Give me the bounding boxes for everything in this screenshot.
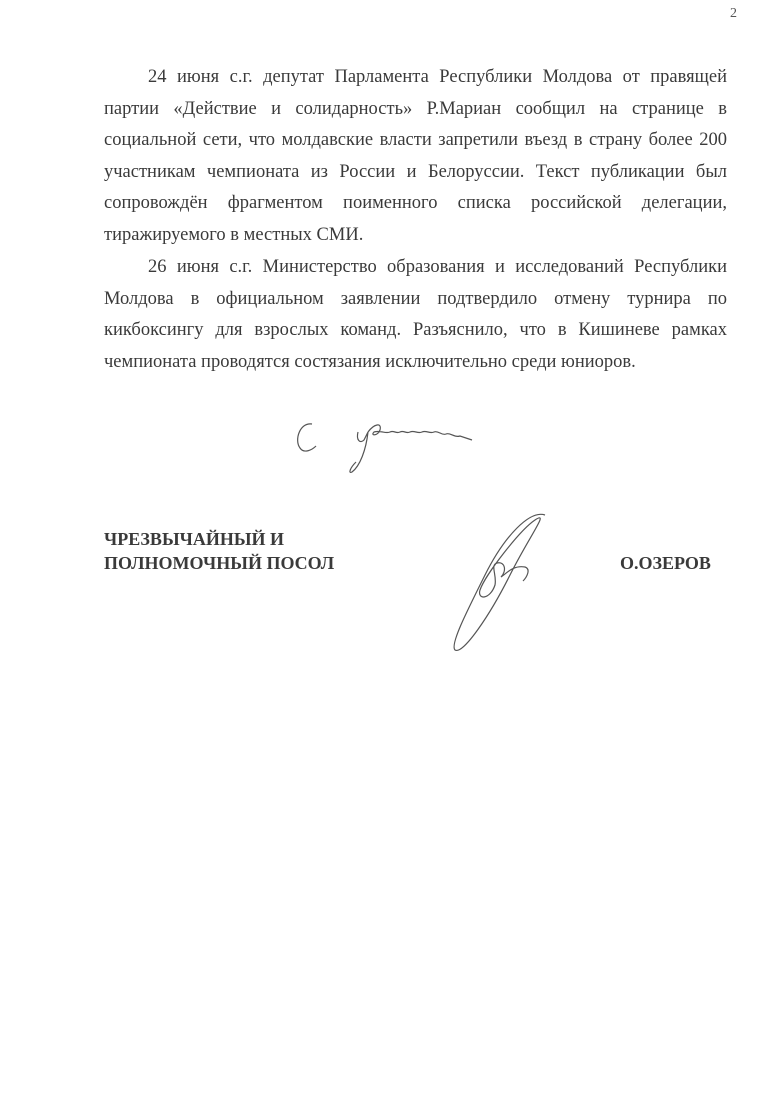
title-line-2: ПОЛНОМОЧНЫЙ ПОСОЛ — [104, 551, 334, 575]
paragraph-2: 26 июня с.г. Министерство образования и … — [104, 252, 727, 378]
title-line-1: ЧРЕЗВЫЧАЙНЫЙ И — [104, 527, 334, 551]
page-number: 2 — [730, 6, 737, 22]
paragraph-1-text: 24 июня с.г. депутат Парламента Республи… — [104, 67, 727, 245]
signature — [435, 505, 565, 655]
paragraph-1: 24 июня с.г. депутат Парламента Республи… — [104, 62, 727, 251]
signatory-title: ЧРЕЗВЫЧАЙНЫЙ И ПОЛНОМОЧНЫЙ ПОСОЛ — [104, 527, 334, 575]
paragraph-2-text: 26 июня с.г. Министерство образования и … — [104, 257, 727, 372]
handwritten-closing — [290, 410, 530, 480]
signatory-name: О.ОЗЕРОВ — [620, 551, 711, 575]
